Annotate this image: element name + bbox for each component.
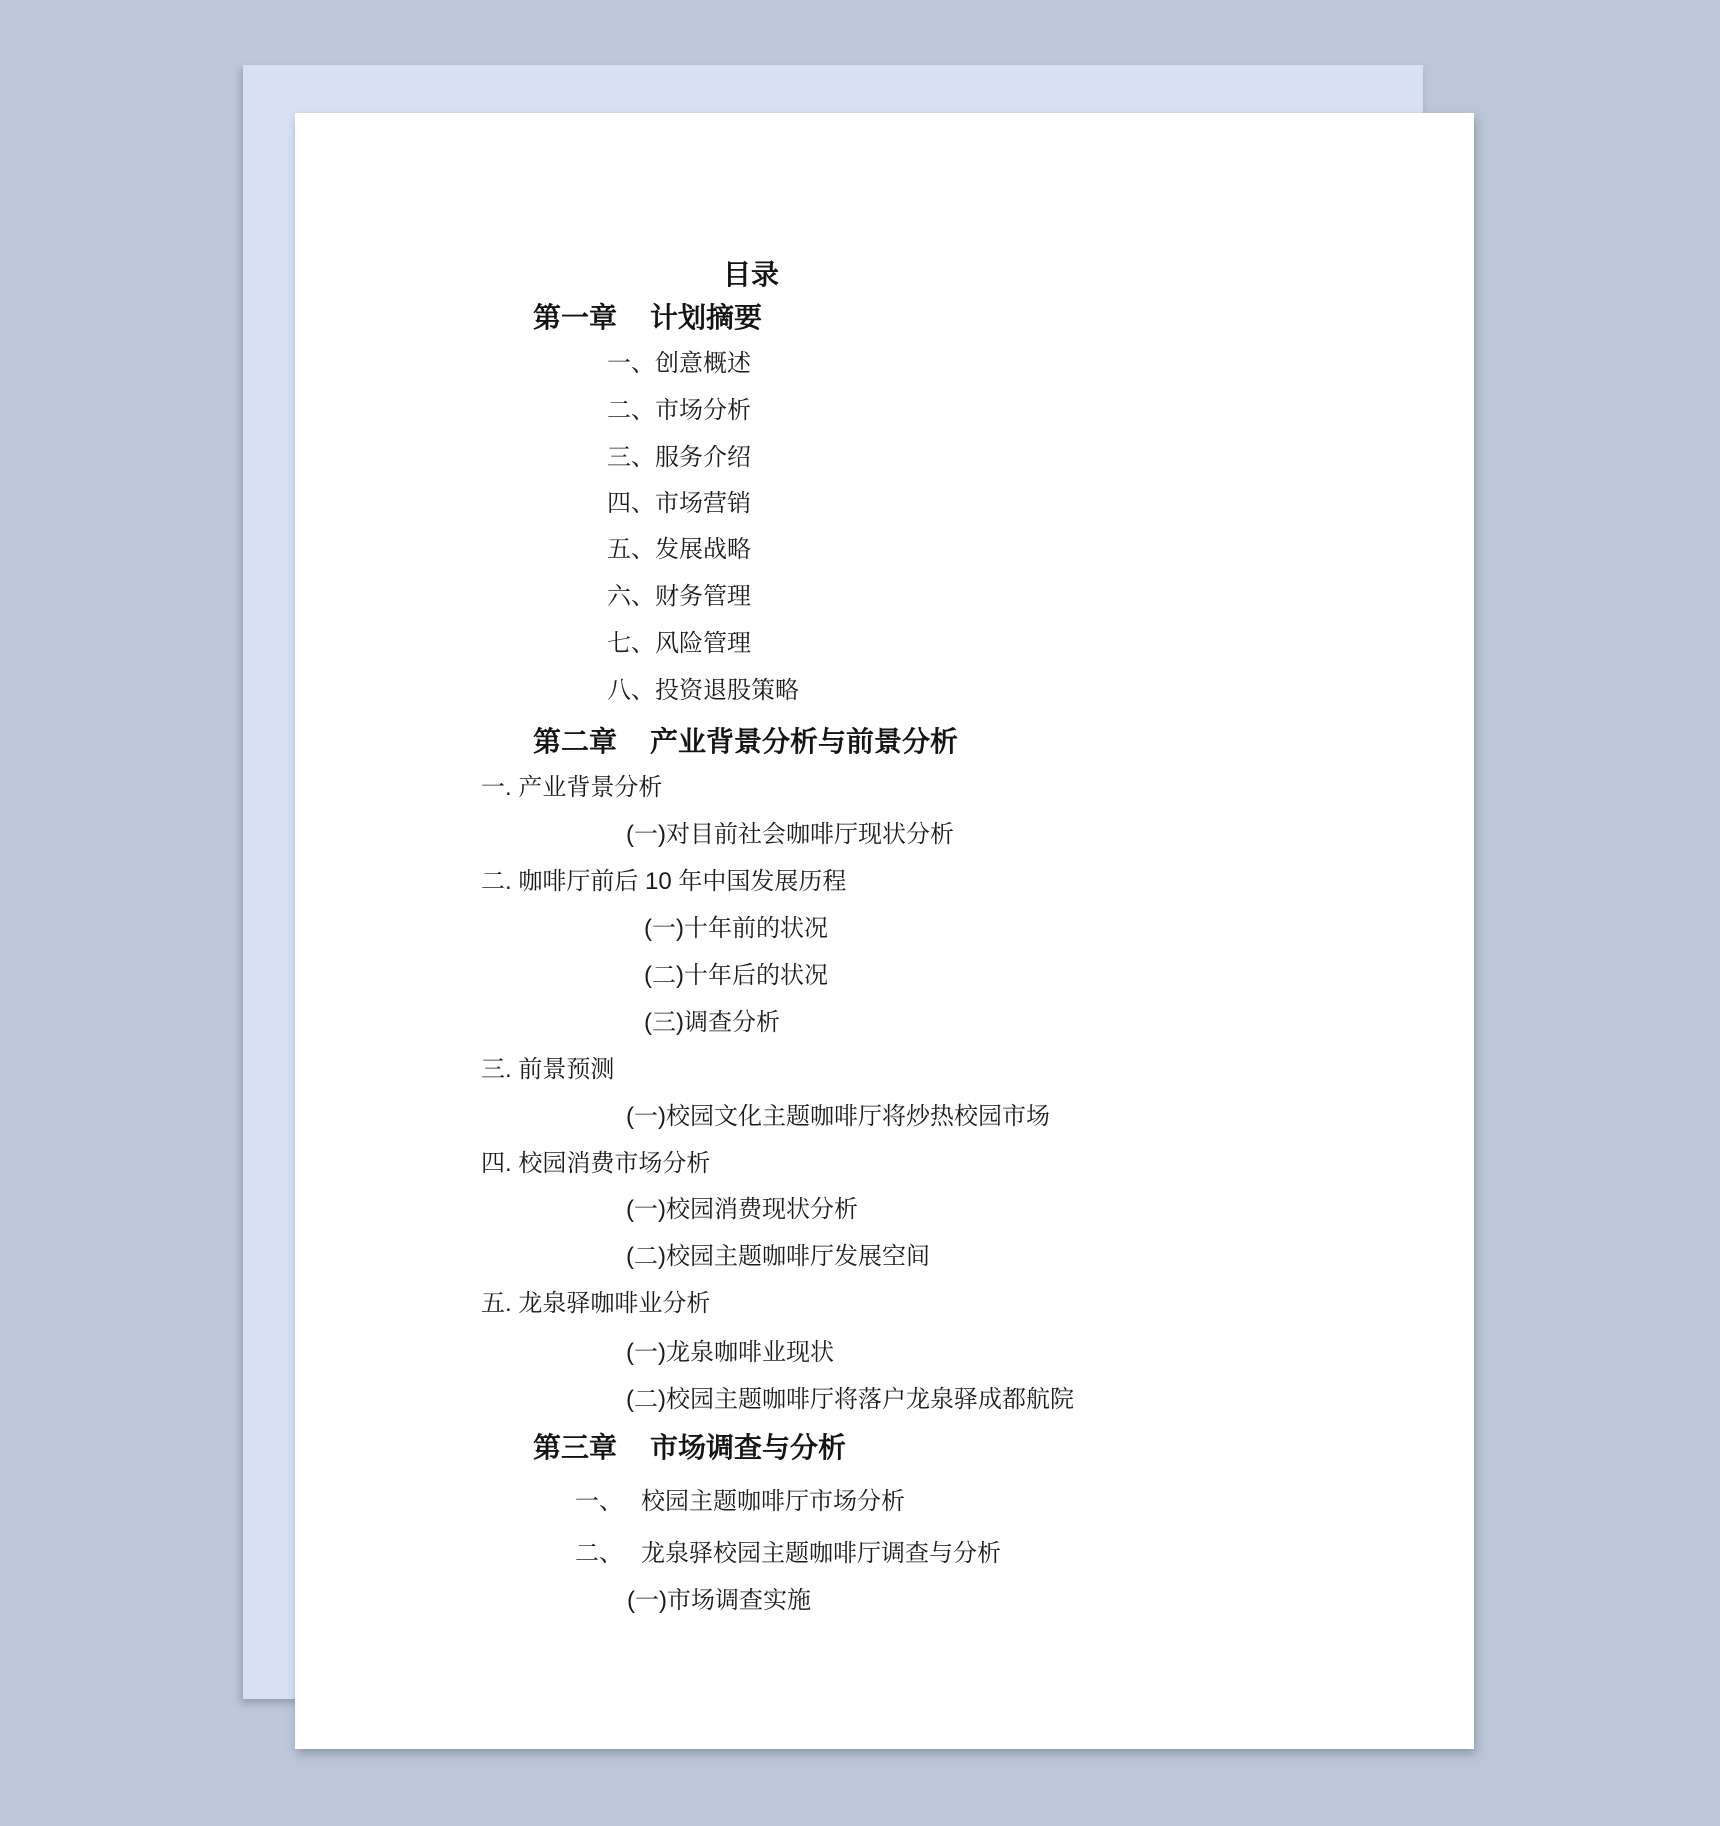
toc-entry: 五、发展战略 — [607, 536, 751, 564]
toc-subentry: (一)龙泉咖啡业现状 — [626, 1339, 834, 1367]
page-front: 目录 第一章计划摘要 一、创意概述 二、市场分析 三、服务介绍 四、市场营销 五… — [295, 113, 1474, 1749]
toc-section: 五. 龙泉驿咖啡业分析 — [481, 1290, 710, 1318]
toc-entry-number: 二、 — [575, 1540, 623, 1567]
toc-entry: 六、财务管理 — [607, 583, 751, 611]
toc-entry-text: 龙泉驿校园主题咖啡厅调查与分析 — [641, 1540, 1001, 1567]
toc-entry: 二、市场分析 — [607, 397, 751, 425]
toc-section: 一. 产业背景分析 — [481, 774, 662, 802]
toc-entry-text: 校园主题咖啡厅市场分析 — [641, 1488, 905, 1515]
chapter-1-title: 计划摘要 — [650, 302, 762, 333]
toc-entry: 七、风险管理 — [607, 630, 751, 658]
toc-entry: 一、校园主题咖啡厅市场分析 — [575, 1488, 905, 1516]
document-workspace: 目录 第一章计划摘要 一、创意概述 二、市场分析 三、服务介绍 四、市场营销 五… — [0, 0, 1720, 1826]
toc-subentry: (二)校园主题咖啡厅将落户龙泉驿成都航院 — [626, 1386, 1074, 1414]
toc-entry: 四、市场营销 — [607, 490, 751, 518]
toc-subentry: (一)校园消费现状分析 — [626, 1196, 858, 1224]
toc-entry: 三、服务介绍 — [607, 444, 751, 472]
chapter-1-heading: 第一章计划摘要 — [533, 302, 762, 334]
toc-section: 四. 校园消费市场分析 — [481, 1150, 710, 1178]
toc-subentry: (一)对目前社会咖啡厅现状分析 — [626, 821, 954, 849]
toc-subentry: (一)十年前的状况 — [644, 915, 828, 943]
chapter-3-heading: 第三章市场调查与分析 — [533, 1432, 846, 1464]
toc-subentry: (二)校园主题咖啡厅发展空间 — [626, 1243, 930, 1271]
toc-subentry: (三)调查分析 — [644, 1009, 780, 1037]
chapter-1-number: 第一章 — [533, 302, 617, 333]
chapter-2-heading: 第二章产业背景分析与前景分析 — [533, 726, 958, 758]
toc-entry: 八、投资退股策略 — [607, 677, 799, 705]
toc-subentry: (一)校园文化主题咖啡厅将炒热校园市场 — [626, 1103, 1050, 1131]
chapter-3-number: 第三章 — [533, 1432, 617, 1463]
chapter-2-number: 第二章 — [533, 726, 617, 757]
chapter-2-title: 产业背景分析与前景分析 — [650, 726, 958, 757]
toc-section: 二. 咖啡厅前后 10 年中国发展历程 — [481, 868, 846, 896]
toc-entry: 二、龙泉驿校园主题咖啡厅调查与分析 — [575, 1540, 1001, 1568]
toc-section: 三. 前景预测 — [481, 1056, 614, 1084]
toc-title: 目录 — [723, 259, 779, 291]
toc-entry: 一、创意概述 — [607, 350, 751, 378]
toc-entry-number: 一、 — [575, 1488, 623, 1515]
toc-subentry: (一)市场调查实施 — [627, 1587, 811, 1615]
chapter-3-title: 市场调查与分析 — [650, 1432, 846, 1463]
toc-subentry: (二)十年后的状况 — [644, 962, 828, 990]
